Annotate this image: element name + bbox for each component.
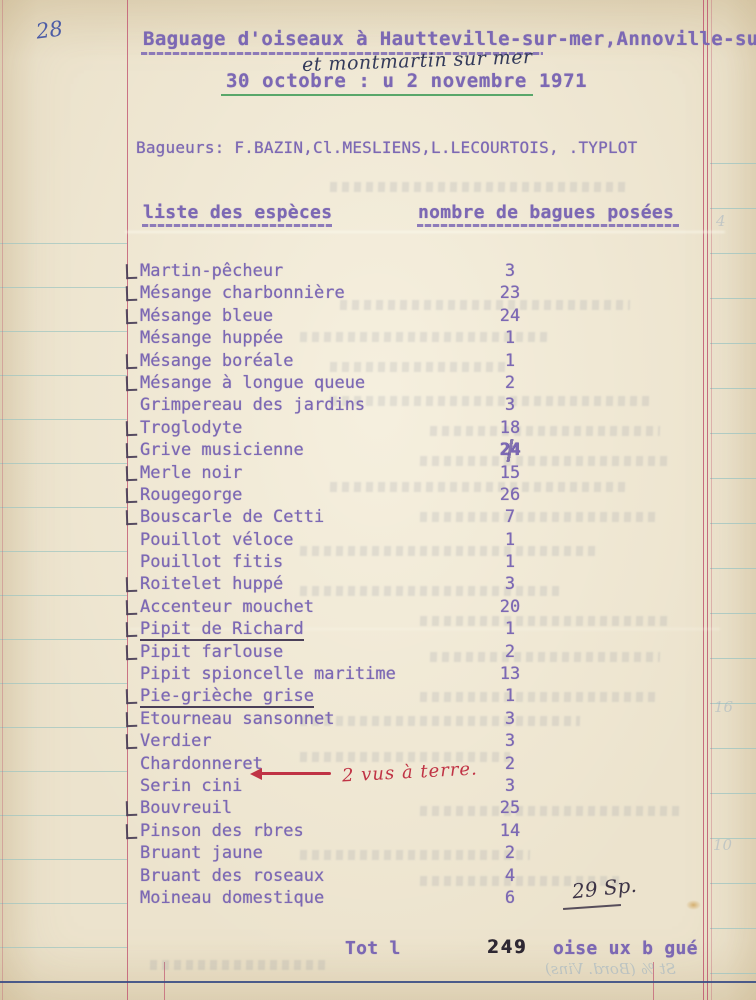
species-row: Martin-pêcheur3 <box>130 260 590 282</box>
ringers-line: Bagueurs: F.BAZIN,Cl.MESLIENS,L.LECOURTO… <box>136 138 637 157</box>
species-row: Pouillot véloce1 <box>130 529 590 551</box>
species-row: Pie-grièche grise1 <box>130 685 590 707</box>
ruled-line <box>0 815 127 816</box>
species-row: Troglodyte18 <box>130 417 590 439</box>
ring-count: 3 <box>492 394 528 416</box>
species-row: Bouscarle de Cetti7 <box>130 506 590 528</box>
page-number: 28 <box>35 16 64 43</box>
ruled-line <box>0 243 127 244</box>
bracket-mark <box>126 734 138 749</box>
left-edge-line <box>2 0 3 1000</box>
ring-count: 1 <box>492 551 528 573</box>
margin-mark: 4 <box>716 212 726 230</box>
species-name: Troglodyte <box>140 418 242 438</box>
species-row: Pipit farlouse2 <box>130 641 590 663</box>
ring-count: 7 <box>492 506 528 528</box>
bottom-ledger-line <box>0 981 756 983</box>
ring-count: 3 <box>492 730 528 752</box>
margin-mark: 10 <box>713 836 732 854</box>
bracket-mark <box>126 488 138 503</box>
date-underline <box>221 94 533 96</box>
species-name: Mésange huppée <box>140 328 283 348</box>
bracket-mark <box>126 801 138 816</box>
ring-count: 25 <box>492 797 528 819</box>
ring-count: 4 <box>492 865 528 887</box>
ring-count: 1 <box>492 618 528 640</box>
ruled-line <box>0 375 127 376</box>
serin-annotation: 2 vus à terre. <box>250 765 510 789</box>
species-row: Bruant jaune2 <box>130 842 590 864</box>
species-row: Mésange à longue queue2 <box>130 372 590 394</box>
ring-count: 3 <box>492 260 528 282</box>
ruled-line <box>710 163 756 164</box>
species-name: Merle noir <box>140 463 242 483</box>
species-row: Mésange huppée1 <box>130 327 590 349</box>
species-name: Pouillot véloce <box>140 530 294 550</box>
bracket-mark <box>126 286 138 301</box>
species-name: Moineau domestique <box>140 888 324 908</box>
bracket-mark <box>126 443 138 458</box>
ruled-line <box>0 331 127 332</box>
ring-count: 23 <box>492 282 528 304</box>
document-title: Baguage d'oiseaux à Hautteville-sur-mer,… <box>143 28 756 50</box>
ring-count: 2 <box>492 641 528 663</box>
bracket-mark <box>126 712 138 727</box>
bracket-mark <box>126 600 138 615</box>
ruled-line <box>0 727 127 728</box>
ruled-line <box>710 658 756 659</box>
species-row: Pinson des rbres14 <box>130 820 590 842</box>
species-name: Etourneau sansonnet <box>140 709 334 729</box>
species-name: Grimpereau des jardins <box>140 395 365 415</box>
species-row: Pipit spioncelle maritime13 <box>130 663 590 685</box>
species-row: Pouillot fitis1 <box>130 551 590 573</box>
species-name: Mésange charbonnière <box>140 283 345 303</box>
margin-mark: 16 <box>714 698 733 716</box>
bracket-mark <box>126 689 138 704</box>
ring-count: 1 <box>492 529 528 551</box>
ruled-line <box>0 947 127 948</box>
species-row: Grimpereau des jardins3 <box>130 394 590 416</box>
species-name: Verdier <box>140 731 212 751</box>
species-name: Mésange à longue queue <box>140 373 365 393</box>
species-name: Bouscarle de Cetti <box>140 507 324 527</box>
right-margin-line-3 <box>711 0 712 1000</box>
ring-count: 1 <box>492 327 528 349</box>
bracket-mark <box>126 644 138 659</box>
scanned-document-page: 28 Baguage d'oiseaux à Hautteville-sur-m… <box>0 0 756 1000</box>
bracket-mark <box>126 376 138 391</box>
species-row: Mésange charbonnière23 <box>130 282 590 304</box>
species-row: Bruant des roseaux4 <box>130 865 590 887</box>
bracket-mark <box>126 510 138 525</box>
ring-count: 1 <box>492 350 528 372</box>
ruled-line <box>710 298 756 299</box>
ruled-line <box>710 928 756 929</box>
ruled-line <box>710 748 756 749</box>
species-row: Merle noir15 <box>130 462 590 484</box>
ruled-line <box>710 568 756 569</box>
ruled-line <box>710 208 756 209</box>
ruled-line <box>710 793 756 794</box>
ruled-line <box>710 343 756 344</box>
ring-count: 3 <box>492 708 528 730</box>
species-name: Chardonneret <box>140 754 263 774</box>
ruled-line <box>0 287 127 288</box>
ruled-line <box>0 683 127 684</box>
bracket-mark <box>126 264 138 279</box>
ruled-line <box>0 771 127 772</box>
species-row: Grive musicienne24 <box>130 439 590 461</box>
red-arrow-shaft <box>259 772 331 775</box>
bracket-mark <box>126 309 138 324</box>
species-name: Martin-pêcheur <box>140 261 283 281</box>
species-name: Bruant des roseaux <box>140 866 324 886</box>
ruled-line <box>710 523 756 524</box>
ring-count: 1 <box>492 685 528 707</box>
ring-count: 15 <box>492 462 528 484</box>
ruled-line <box>0 463 127 464</box>
species-row: Etourneau sansonnet3 <box>130 708 590 730</box>
species-name: Pinson des rbres <box>140 821 304 841</box>
right-margin-line-1 <box>703 0 704 1000</box>
ring-count: 24 <box>492 439 528 461</box>
species-row: Mésange bleue24 <box>130 305 590 327</box>
ring-count: 13 <box>492 663 528 685</box>
species-name: Pipit de Richard <box>140 619 304 641</box>
bracket-mark <box>126 353 138 368</box>
species-name: Roitelet huppé <box>140 574 283 594</box>
ring-count: 6 <box>492 887 528 909</box>
ruled-line <box>710 433 756 434</box>
species-name: Bruant jaune <box>140 843 263 863</box>
species-row: Pipit de Richard1 <box>130 618 590 640</box>
species-name: Mésange boréale <box>140 351 294 371</box>
total-suffix: oise ux b gué <box>553 938 705 959</box>
ruled-line <box>0 639 127 640</box>
ruled-line <box>0 551 127 552</box>
species-table: Martin-pêcheur3Mésange charbonnière23Més… <box>130 260 590 909</box>
ruled-line <box>0 903 127 904</box>
species-name: Mésange bleue <box>140 306 273 326</box>
species-name: Accenteur mouchet <box>140 597 314 617</box>
species-row: Verdier3 <box>130 730 590 752</box>
ruled-line <box>710 883 756 884</box>
ruled-line <box>710 253 756 254</box>
ruled-line <box>0 595 127 596</box>
species-name: Pipit farlouse <box>140 642 283 662</box>
species-row: Roitelet huppé3 <box>130 573 590 595</box>
ring-count: 20 <box>492 596 528 618</box>
bracket-mark <box>126 824 138 839</box>
bleedthrough-smudge <box>330 182 630 192</box>
species-name: Serin cini <box>140 776 242 796</box>
species-row: Rougegorge26 <box>130 484 590 506</box>
ring-count: 2 <box>492 372 528 394</box>
paper-stain <box>686 900 701 910</box>
species-row: Moineau domestique6 <box>130 887 590 909</box>
bleedthrough-bottom-note: St % (Bord. Vins) <box>545 960 676 978</box>
ring-count: 14 <box>492 820 528 842</box>
species-name: Pouillot fitis <box>140 552 283 572</box>
ruled-line <box>710 973 756 974</box>
species-row: Mésange boréale1 <box>130 350 590 372</box>
bracket-mark <box>126 577 138 592</box>
species-name: Rougegorge <box>140 485 242 505</box>
ruled-line <box>710 613 756 614</box>
species-name: Pipit spioncelle maritime <box>140 664 396 684</box>
species-name: Pie-grièche grise <box>140 686 314 708</box>
count-header-underline <box>417 224 679 227</box>
ring-count: 24 <box>492 305 528 327</box>
total-value: 249 <box>487 936 527 958</box>
ruled-line <box>710 388 756 389</box>
ring-count: 26 <box>492 484 528 506</box>
right-margin-line-2 <box>707 0 708 1000</box>
ring-count: 3 <box>492 573 528 595</box>
species-name: Bouvreuil <box>140 798 232 818</box>
column-header-species: liste des espèces <box>143 202 332 223</box>
species-name: Grive musicienne <box>140 440 304 460</box>
ruled-line <box>0 859 127 860</box>
ruled-line <box>0 419 127 420</box>
paper-crease <box>125 231 725 233</box>
ruled-line <box>0 507 127 508</box>
bracket-mark <box>126 421 138 436</box>
ring-count: 18 <box>492 417 528 439</box>
date-line: 30 octobre : u 2 novembre 1971 <box>226 70 587 92</box>
ruled-line <box>710 478 756 479</box>
total-label: Tot l <box>345 938 401 959</box>
bracket-mark <box>126 622 138 637</box>
column-header-count: nombre de bagues posées <box>418 202 674 223</box>
species-header-underline <box>142 224 332 227</box>
species-row: Bouvreuil25 <box>130 797 590 819</box>
bracket-mark <box>126 465 138 480</box>
ring-count: 2 <box>492 842 528 864</box>
species-row: Accenteur mouchet20 <box>130 596 590 618</box>
bleedthrough-smudge <box>150 960 330 970</box>
